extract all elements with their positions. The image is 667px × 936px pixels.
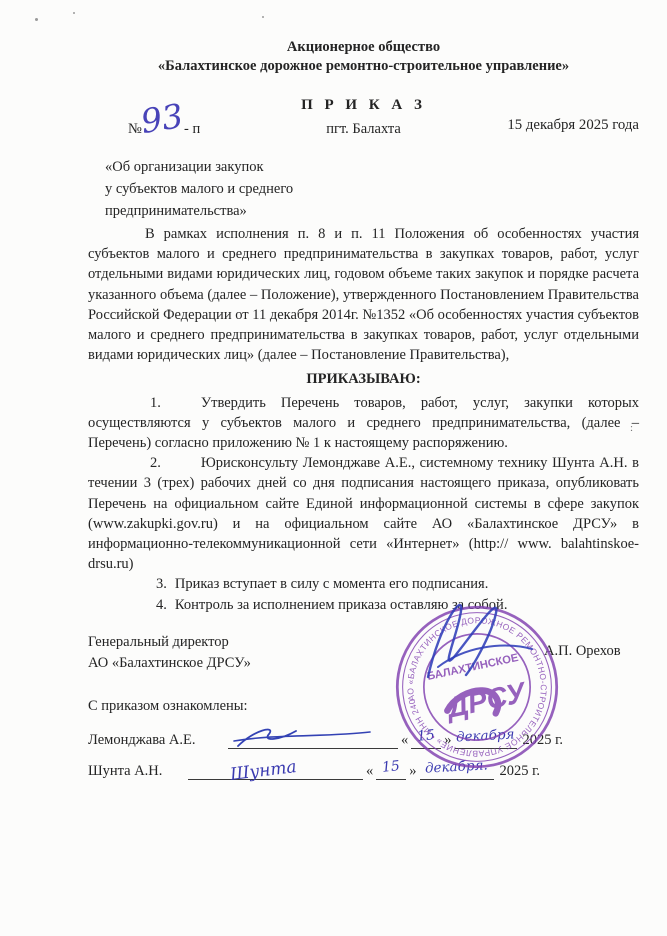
subject-line2: у субъектов малого и среднего — [105, 178, 293, 200]
item-number: 1. — [119, 393, 161, 413]
signer-title-line2: АО «Балахтинское ДРСУ» — [88, 653, 251, 674]
document-page: : Акционерное общество «Балахтинское дор… — [0, 0, 667, 936]
document-body: В рамках исполнения п. 8 и п. 11 Положен… — [88, 224, 639, 615]
ack-name: Лемонджава А.Е. — [88, 732, 228, 749]
order-keyword: ПРИКАЗЫВАЮ: — [88, 369, 639, 389]
order-item-3: 3.Приказ вступает в силу с момента его п… — [156, 574, 639, 594]
director-signature-icon — [408, 585, 558, 695]
quote-open: « — [363, 763, 376, 780]
scan-speck — [262, 16, 264, 18]
item-number: 3. — [156, 576, 167, 592]
item-text: Утвердить Перечень товаров, работ, услуг… — [88, 395, 639, 451]
subject-line3: предпринимательства» — [105, 200, 293, 222]
signature-line: Шунта — [188, 757, 363, 780]
order-subject: «Об организации закупок у субъектов мало… — [105, 156, 293, 222]
organization-name-line2: «Балахтинское дорожное ремонтно-строител… — [88, 57, 639, 76]
signature-line — [228, 726, 398, 749]
organization-name-line1: Акционерное общество — [88, 38, 639, 57]
ack-signature-lemondzhava-icon — [232, 724, 382, 752]
item-text: Юрисконсульту Лемонджаве А.Е., системном… — [88, 455, 639, 572]
item-number: 2. — [119, 453, 161, 473]
scan-speck — [73, 12, 75, 14]
scan-speck — [35, 18, 38, 21]
signer-title-line1: Генеральный директор — [88, 632, 251, 653]
acknowledgement-heading: С приказом ознакомлены: — [88, 698, 248, 715]
ack-signature-shunta: Шунта — [229, 757, 298, 785]
preamble-paragraph: В рамках исполнения п. 8 и п. 11 Положен… — [88, 224, 639, 365]
order-item-2: 2.Юрисконсульту Лемонджаве А.Е., системн… — [88, 453, 639, 574]
signer-title: Генеральный директор АО «Балахтинское ДР… — [88, 632, 251, 674]
issue-date: 15 декабря 2025 года — [507, 117, 639, 134]
subject-line1: «Об организации закупок — [105, 156, 293, 178]
ack-name: Шунта А.Н. — [88, 763, 188, 780]
item-number: 4. — [156, 597, 167, 613]
order-item-1: 1.Утвердить Перечень товаров, работ, усл… — [88, 393, 639, 454]
